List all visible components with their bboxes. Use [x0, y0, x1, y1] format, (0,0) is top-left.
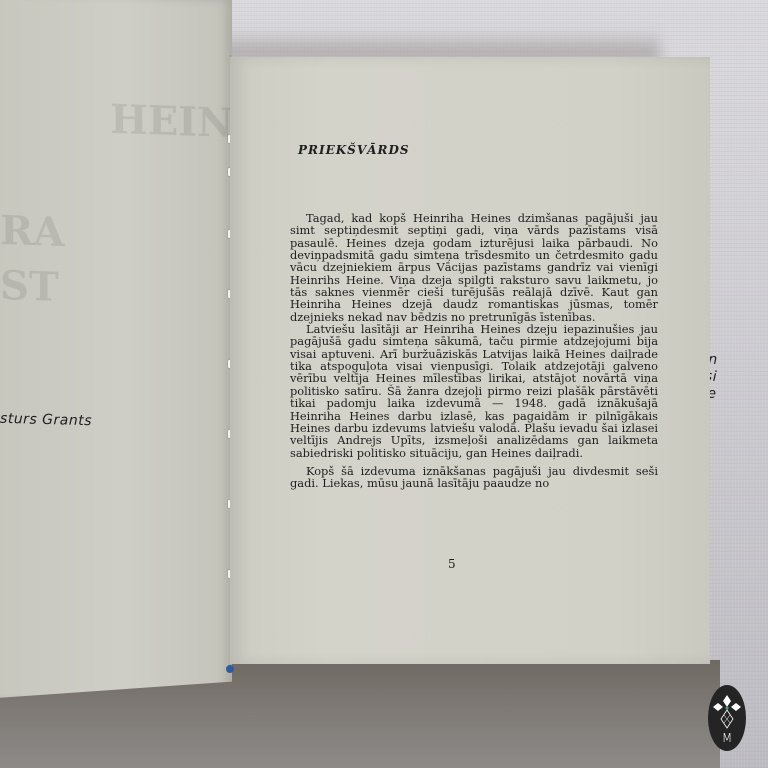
- binding-thread: [226, 665, 234, 673]
- right-page: PRIEKŠVĀRDS Tagad, kad kopš Heinriha Hei…: [230, 57, 710, 664]
- paragraph: Kopš šā izdevuma iznākšanas pagājuši jau…: [290, 465, 658, 490]
- paragraph: Tagad, kad kopš Heinriha Heines dzimšana…: [290, 212, 658, 323]
- left-page: HEINR RA ST: [0, 0, 232, 710]
- show-through-text: ST: [0, 262, 59, 311]
- foreword-text: Tagad, kad kopš Heinriha Heines dzimšana…: [290, 212, 658, 490]
- book-shadow-top: [180, 30, 660, 60]
- show-through-text: RA: [0, 207, 64, 256]
- folk-ornament-logo-icon: M: [708, 685, 746, 751]
- logo-letter: M: [722, 731, 732, 745]
- page-number: 5: [448, 557, 456, 571]
- page-heading: PRIEKŠVĀRDS: [298, 143, 410, 157]
- paragraph: Latviešu lasītāji ar Heinriha Heines dze…: [290, 323, 658, 459]
- illustrator-credit: sturs Grants: [0, 411, 92, 429]
